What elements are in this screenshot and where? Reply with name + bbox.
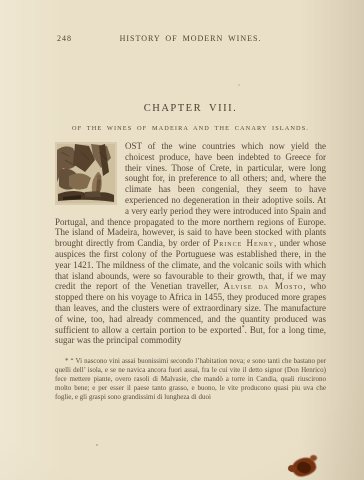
ink-stain-blob (310, 455, 317, 461)
scanned-book-page: 248 HISTORY OF MODERN WINES. CHAPTER VII… (0, 0, 364, 480)
paper-speck (96, 444, 98, 446)
chapter-heading: CHAPTER VIII. (55, 103, 326, 114)
running-header: 248 HISTORY OF MODERN WINES. (55, 34, 326, 45)
woodcut-initial-svg (55, 142, 117, 205)
chapter-subtitle: OF THE WINES OF MADEIRA AND THE CANARY I… (55, 125, 326, 132)
ink-stain-blob (290, 456, 317, 479)
footnote: * “ Vi nascono vini assai buonissimi sec… (55, 357, 326, 402)
running-title: HISTORY OF MODERN WINES. (55, 34, 326, 43)
name-alvise-da-mosto: Alvise da Mosto (224, 281, 304, 291)
footnote-text: “ Vi nascono vini assai buonissimi secon… (55, 357, 326, 401)
page-number: 248 (57, 34, 72, 43)
ink-stain-blob (296, 460, 313, 475)
ink-stain (288, 453, 322, 480)
ink-stain-blob (287, 463, 297, 473)
woodcut-initial-illustration (55, 142, 117, 205)
body-paragraph: OST of the wine countries which now yiel… (55, 141, 326, 346)
page-content-column: 248 HISTORY OF MODERN WINES. CHAPTER VII… (55, 34, 326, 402)
name-prince-henry: Prince Henry (213, 238, 274, 248)
